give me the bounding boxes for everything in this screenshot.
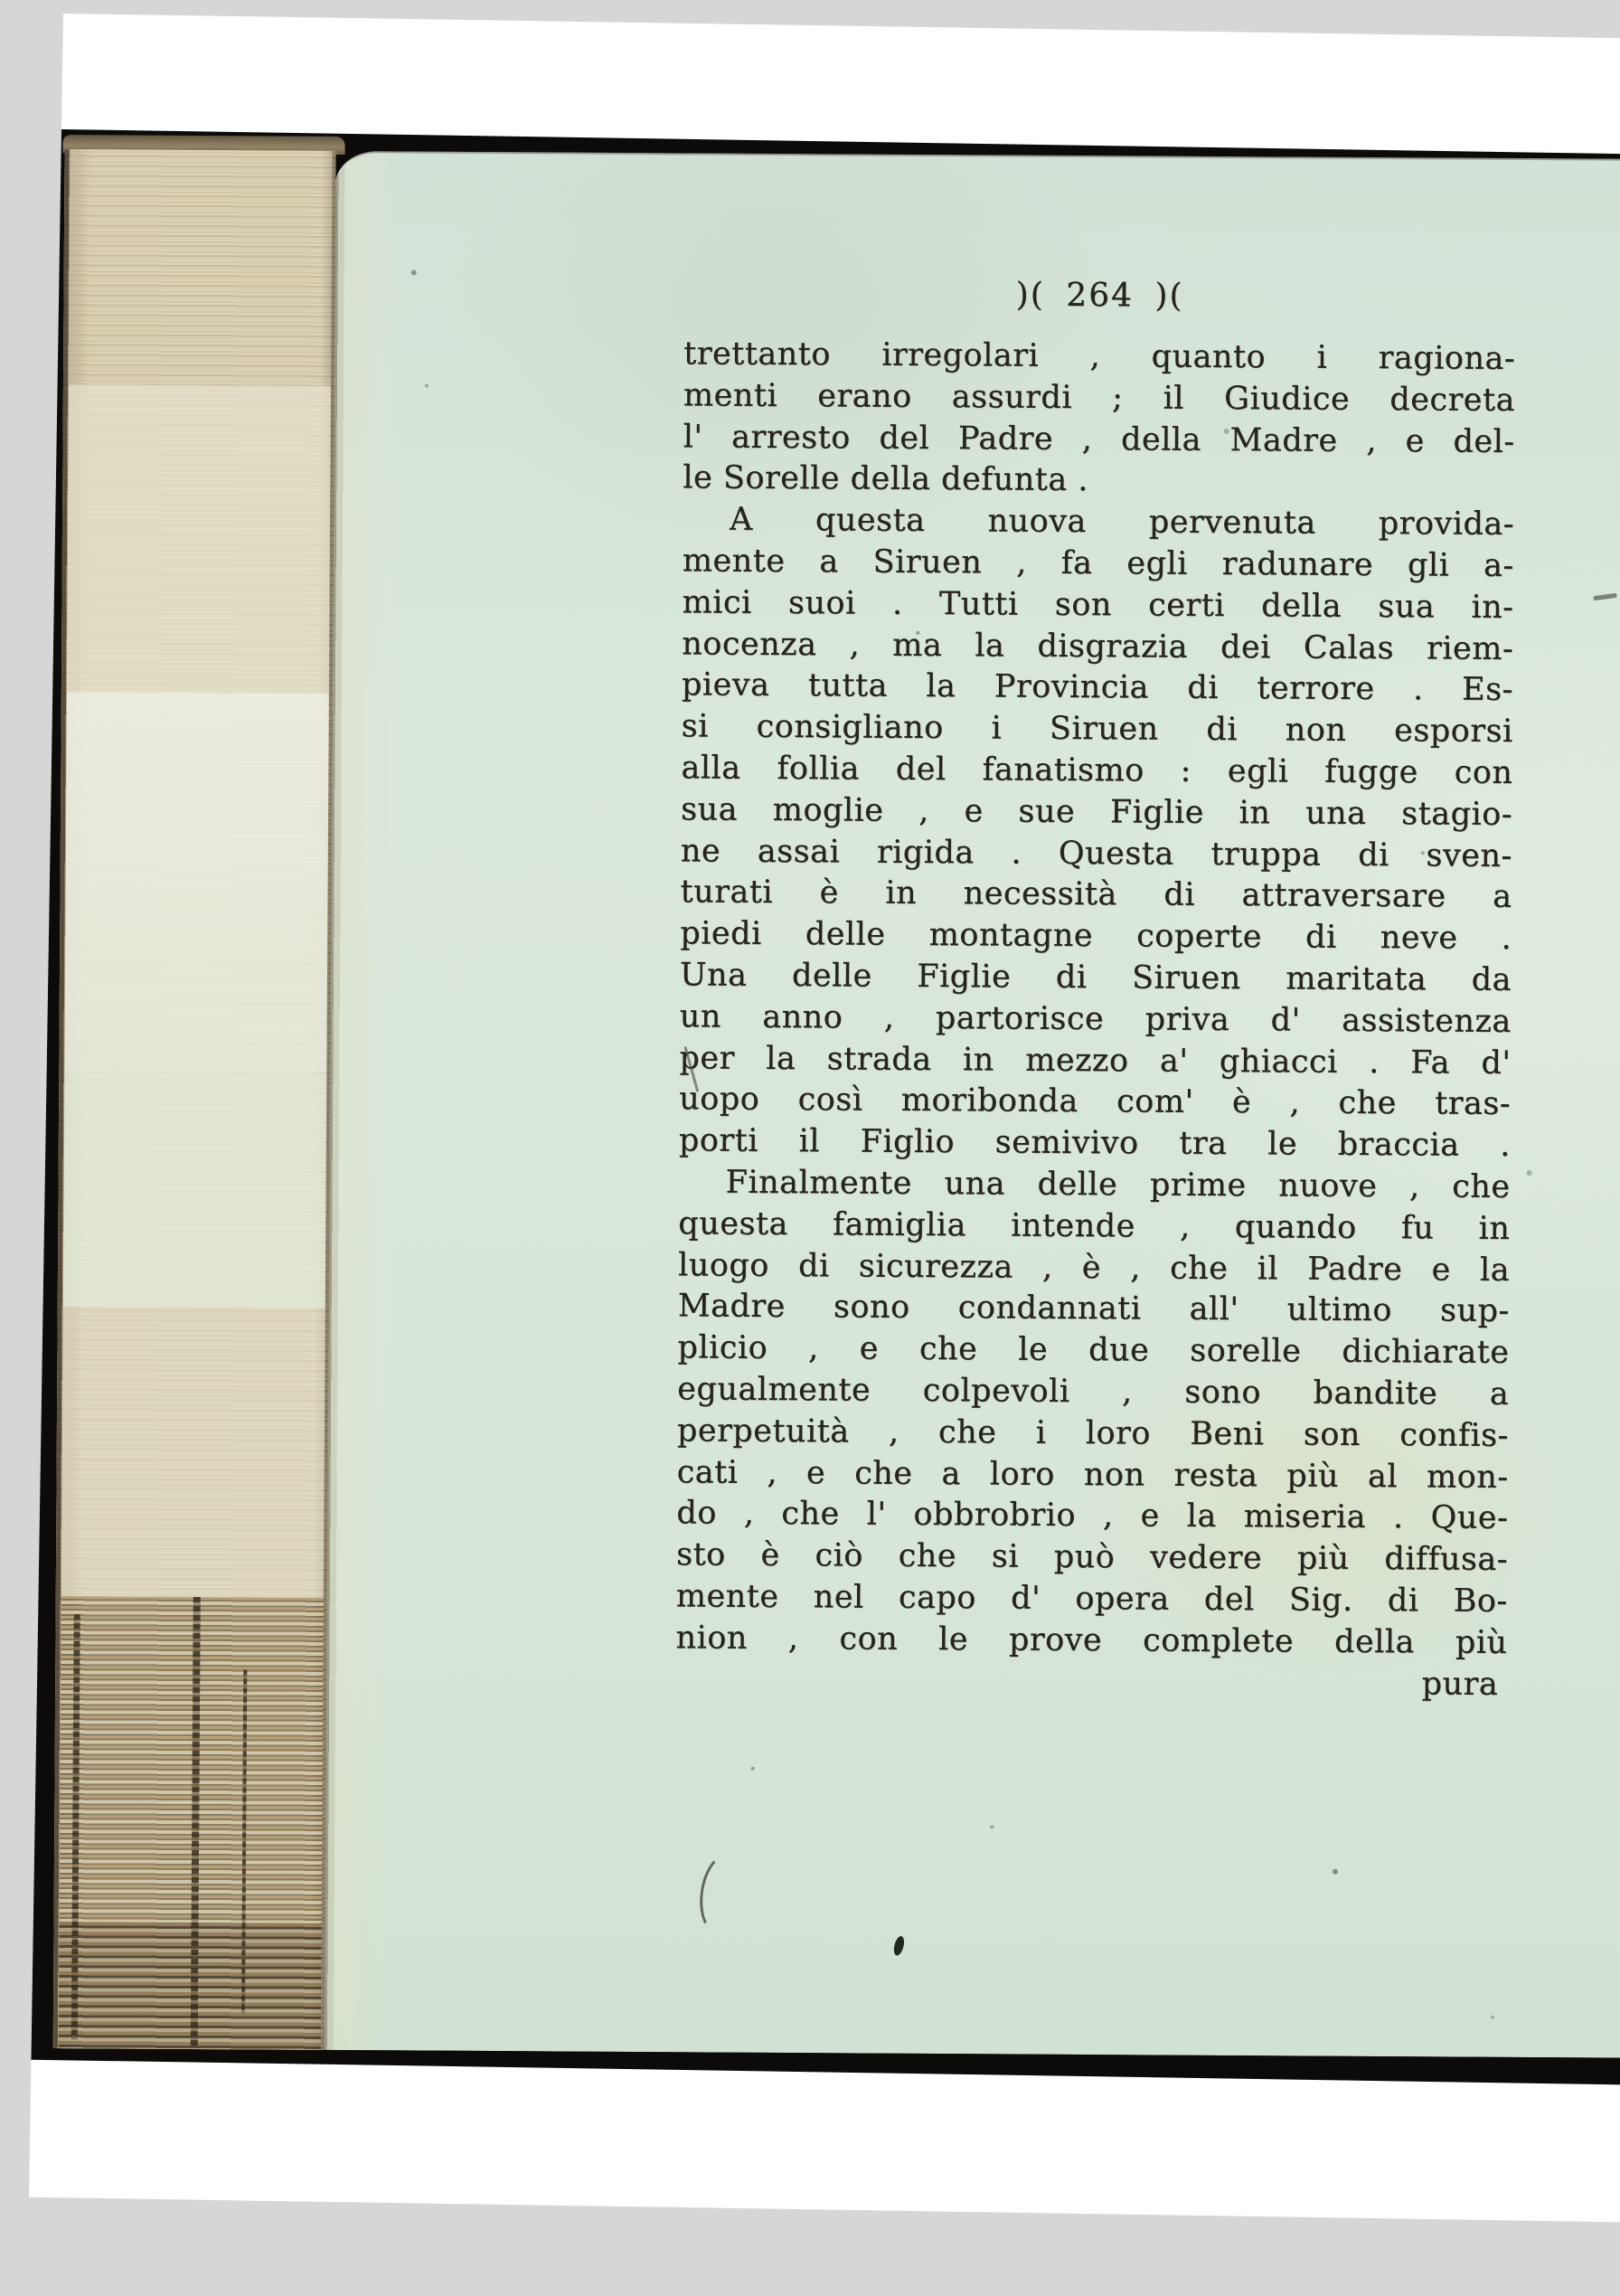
scanner-background: { "scan": { "page_header": ")( 264 )(", … (0, 0, 1620, 2296)
page-text: trettanto irregolari , quanto i ragiona-… (675, 334, 1515, 1664)
fore-edge-patch (67, 384, 331, 694)
text-line: trettanto irregolari , quanto i ragiona- (683, 334, 1515, 380)
margin-dash-mark (1593, 593, 1616, 600)
text-line: mente a Siruen , fa egli radunare gli a- (683, 541, 1514, 587)
text-line: porti il Figlio semivivo tra le braccia … (679, 1120, 1511, 1167)
page-edge-shade (325, 153, 400, 2050)
book-scan: )( 264 )( trettanto irregolari , quanto … (53, 149, 1620, 2059)
text-line: plicio , e che le due sorelle dichiarate (677, 1328, 1509, 1374)
text-line: per la strada in mezzo a' ghiacci . Fa d… (679, 1038, 1511, 1084)
fore-edge-patch (63, 1072, 327, 1309)
text-line: perpetuità , che i loro Beni son confis- (677, 1411, 1509, 1457)
paper-specks (336, 153, 340, 156)
text-line: turati è in necessità di attraversare a (680, 873, 1512, 919)
text-line: ne assai rigida . Questa truppa di sven- (681, 831, 1512, 877)
book-fore-edge (53, 149, 336, 2050)
text-line: uopo così moribonda com' è , che tras- (679, 1080, 1511, 1126)
text-line: Finalmente una delle prime nuove , che (678, 1162, 1510, 1208)
text-line: l' arresto del Padre , della Madre , e d… (683, 417, 1514, 463)
text-line: Madre sono condannati all' ultimo sup- (678, 1287, 1510, 1333)
text-line: si consigliano i Siruen di non esporsi (682, 706, 1513, 752)
backing-sheet: )( 264 )( trettanto irregolari , quanto … (29, 14, 1620, 2224)
fore-edge-patch (61, 1307, 325, 1598)
text-line: mente nel capo d' opera del Sig. di Bo- (676, 1576, 1508, 1622)
catchword: pura (675, 1659, 1507, 1705)
text-line: pieva tutta la Provincia di terrore . Es… (682, 666, 1513, 712)
fore-edge-patch (64, 692, 329, 1073)
text-line: luogo di sicurezza , è , che il Padre e … (678, 1245, 1510, 1291)
text-line: le Sorelle della defunta . (683, 458, 1514, 505)
text-line: nocenza , ma la disgrazia dei Calas riem… (682, 624, 1513, 670)
pen-paren-mark (695, 1850, 752, 1937)
text-line: menti erano assurdi ; il Giudice decreta (683, 375, 1515, 421)
text-line: A questa nuova pervenuta provida- (683, 499, 1514, 545)
text-line: mici suoi . Tutti son certi della sua in… (682, 582, 1513, 628)
page-text-block: )( 264 )( trettanto irregolari , quanto … (675, 270, 1516, 1705)
text-line: questa famiglia intende , quando fu in (678, 1204, 1510, 1250)
text-line: cati , e che a loro non resta più al mon… (676, 1452, 1508, 1498)
fore-edge-patch (69, 149, 333, 386)
text-line: egualmente colpevoli , sono bandite a (677, 1369, 1509, 1415)
text-line: sto è ciò che si può vedere più diffusa- (676, 1535, 1508, 1581)
ink-blot (892, 1935, 906, 1957)
text-line: nion , con le prove complete della più (675, 1618, 1507, 1664)
text-line: piedi delle montagne coperte di neve . (680, 913, 1512, 959)
text-line: do , che l' obbrobrio , e la miseria . Q… (676, 1494, 1508, 1540)
text-line: un anno , partorisce priva d' assistenza (680, 997, 1512, 1043)
text-line: Una delle Figlie di Siruen maritata da (680, 955, 1512, 1001)
text-line: alla follia del fanatismo : egli fugge c… (681, 748, 1512, 794)
book-page: )( 264 )( trettanto irregolari , quanto … (325, 151, 1620, 2059)
text-line: sua moglie , e sue Figlie in una stagio- (681, 789, 1512, 836)
page-number: )( 264 )( (683, 270, 1515, 326)
